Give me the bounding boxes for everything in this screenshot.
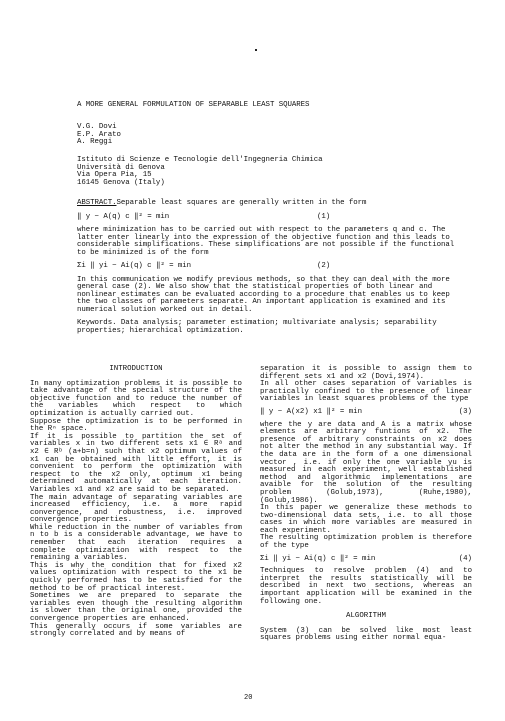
paragraph: where the y are data and A is a matrix w… (260, 422, 472, 506)
paragraph: The main advantage of separating variabl… (30, 495, 242, 525)
paragraph: In many optimization problems it is poss… (30, 381, 242, 419)
page-number: 20 (244, 694, 252, 702)
equation-number: (3) (432, 409, 472, 417)
paragraph: Suppose the optimization is to be perfor… (30, 419, 242, 434)
author-list: V.G. DoviE.P. AratoA. Reggi (77, 124, 121, 147)
paragraph: This generally occurs if some variables … (30, 624, 242, 639)
affiliation: Istituto di Scienze e Tecnologie dell'In… (77, 157, 323, 187)
keywords: Keywords. Data analysis; parameter estim… (77, 320, 457, 335)
paragraph: The resulting optimization problem is th… (260, 535, 472, 550)
equation-2: Σi ‖ yi − Ai(q) c ‖² = min(2) (77, 263, 457, 271)
paragraph: Sometimes we are prepared to separate th… (30, 593, 242, 623)
paragraph: In this paper we generalize these method… (260, 505, 472, 535)
paragraph: This is why the condition that for fixed… (30, 563, 242, 593)
equation-number: (1) (317, 214, 457, 222)
abstract-paragraph: In this communication we modify previous… (77, 277, 457, 315)
paragraph: While reduction in the number of variabl… (30, 525, 242, 563)
equation-4: Σi ‖ yi − Ai(q) c ‖² = min(4) (260, 556, 472, 564)
paragraph: If it is possible to partition the set o… (30, 434, 242, 495)
paragraph: separation it is possible to assign them… (260, 366, 472, 381)
equation-body: ‖ y − A(q) c ‖² = min (77, 214, 317, 222)
section-heading-introduction: INTRODUCTION (30, 366, 242, 374)
equation-body: ‖ y − A(x2) x1 ‖² = min (260, 409, 432, 417)
equation-body: Σi ‖ yi − Ai(q) c ‖² = min (260, 556, 432, 564)
section-heading-algorithm: ALGORITHM (260, 613, 472, 621)
right-column: separation it is possible to assign them… (260, 366, 472, 643)
paragraph: In all other cases separation of variabl… (260, 381, 472, 404)
equation-body: Σi ‖ yi − Ai(q) c ‖² = min (77, 263, 317, 271)
equation-number: (4) (432, 556, 472, 564)
affiliation-line: 16145 Genova (Italy) (77, 180, 323, 188)
paragraph: System (3) can be solved like most least… (260, 628, 472, 643)
abstract-label: ABSTRACT. (77, 199, 116, 207)
left-column: INTRODUCTION In many optimization proble… (30, 366, 242, 639)
abstract-intro: Separable least squares are generally wr… (116, 199, 366, 207)
author: A. Reggi (77, 139, 121, 147)
equation-1: ‖ y − A(q) c ‖² = min(1) (77, 214, 457, 222)
abstract: ABSTRACT.Separable least squares are gen… (77, 200, 457, 341)
paper-title: A MORE GENERAL FORMULATION OF SEPARABLE … (77, 102, 309, 110)
equation-number: (2) (317, 263, 457, 271)
scan-speck (255, 49, 257, 51)
paragraph: Techniques to resolve problem (4) and to… (260, 568, 472, 606)
equation-3: ‖ y − A(x2) x1 ‖² = min(3) (260, 409, 472, 417)
abstract-paragraph: where minimization has to be carried out… (77, 227, 457, 257)
